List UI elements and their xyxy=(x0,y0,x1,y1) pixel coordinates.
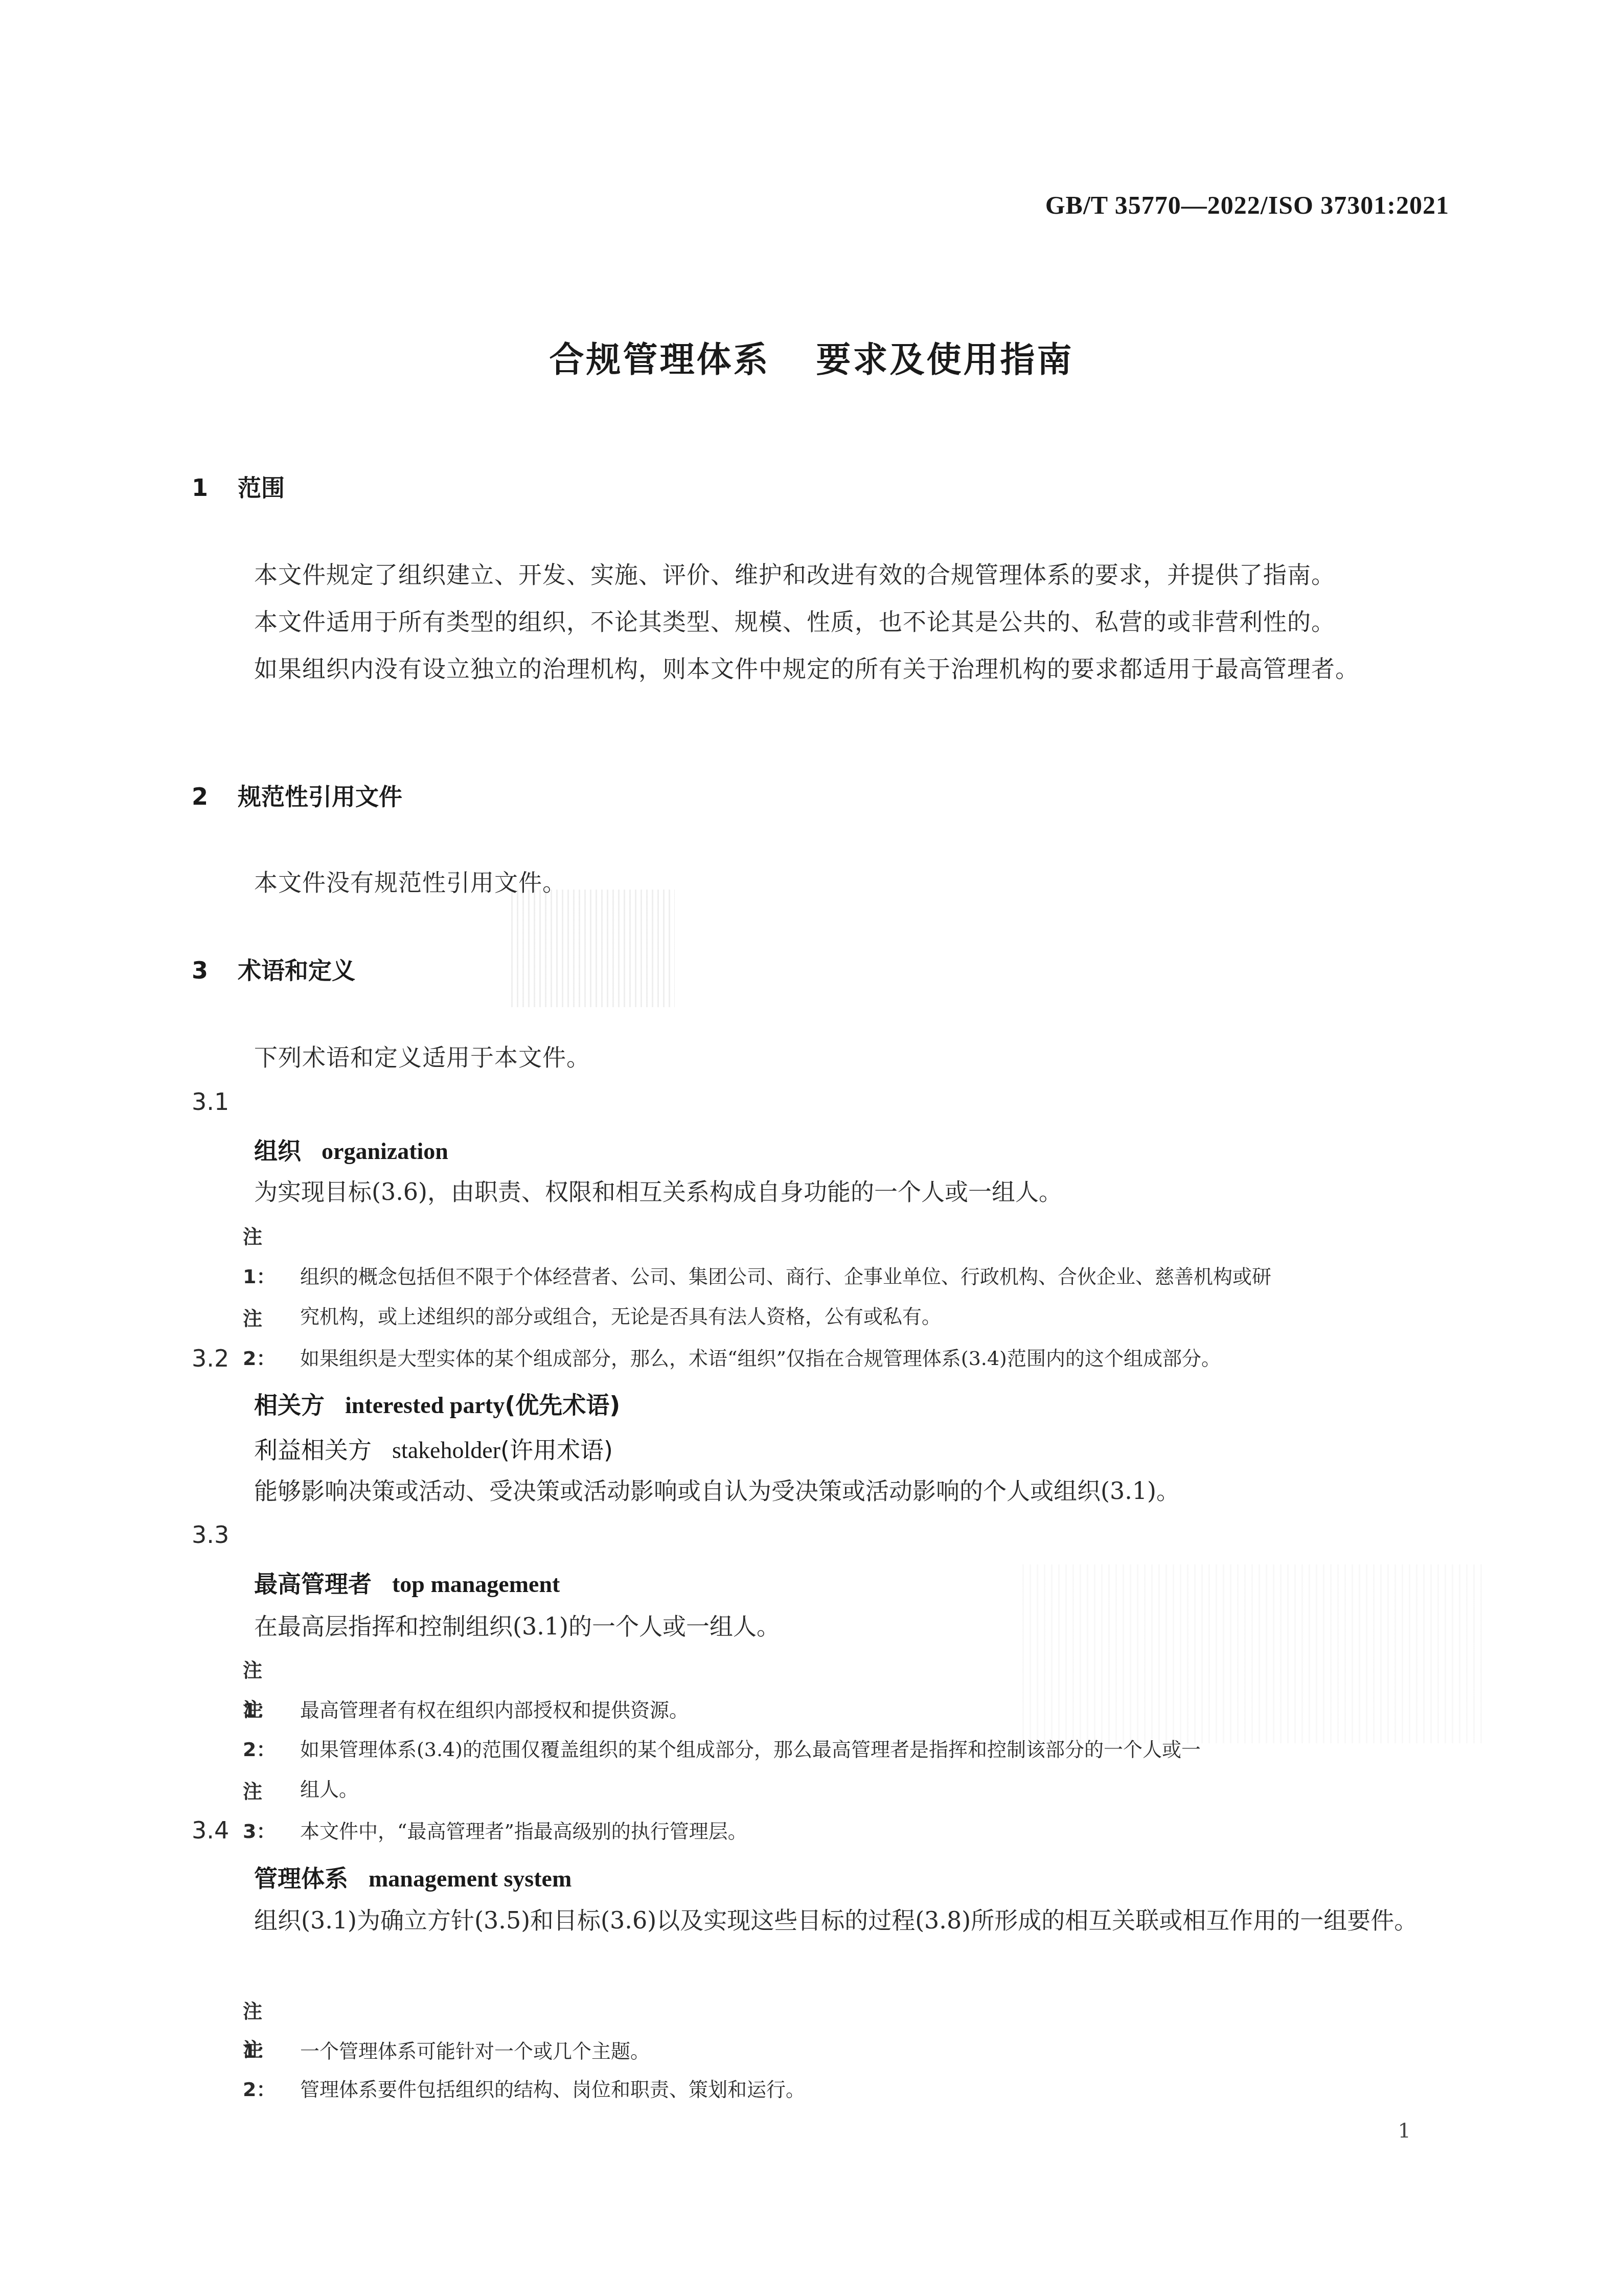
note-text: 管理体系要件包括组织的结构、岗位和职责、策划和运行。 xyxy=(300,2078,805,2101)
term-definition: 能够影响决策或活动、受决策或活动影响或自认为受决策或活动影响的个人或组织(3.1… xyxy=(254,1467,1453,1514)
term-number: 3.2 xyxy=(192,1345,229,1372)
term-definition: 为实现目标(3.6)，由职责、权限和相互关系构成自身功能的一个人或一组人。 xyxy=(254,1168,1453,1215)
term-note: 注 3：本文件中，“最高管理者”指最高级别的执行管理层。 xyxy=(243,1771,1452,1851)
note-label: 注 1： xyxy=(243,1217,300,1297)
term-en: interested party xyxy=(345,1392,505,1418)
term-number: 3.4 xyxy=(192,1816,229,1844)
note-text: 如果管理体系(3.4)的范围仅覆盖组织的某个组成部分，那么最高管理者是指挥和控制… xyxy=(300,1738,1201,1761)
term-heading: 组织organization xyxy=(254,1132,448,1166)
note-text: 如果组织是大型实体的某个组成部分，那么，术语“组织”仅指在合规管理体系(3.4)… xyxy=(300,1347,1221,1370)
clause-number: 3 xyxy=(192,957,238,984)
clause-title: 规范性引用文件 xyxy=(238,783,402,810)
note-text: 本文件中，“最高管理者”指最高级别的执行管理层。 xyxy=(300,1820,747,1843)
paragraph: 下列术语和定义适用于本文件。 xyxy=(192,1034,1452,1081)
term-definition: 组织(3.1)为确立方针(3.5)和目标(3.6)以及实现这些目标的过程(3.8… xyxy=(192,1897,1452,1944)
term-status: (优先术语) xyxy=(505,1391,620,1419)
note-label: 注 2： xyxy=(243,1690,300,1769)
term-en: top management xyxy=(392,1571,560,1597)
term-heading: 相关方interested party(优先术语) xyxy=(254,1386,620,1420)
note-label: 注 2： xyxy=(243,1299,300,1378)
title-part-2: 要求及使用指南 xyxy=(816,340,1074,380)
title-part-1: 合规管理体系 xyxy=(549,340,770,380)
term-zh: 相关方 xyxy=(254,1391,325,1419)
term-number: 3.1 xyxy=(192,1088,229,1116)
clause-3-heading: 3术语和定义 xyxy=(192,952,355,986)
clause-number: 2 xyxy=(192,783,238,810)
faint-watermark xyxy=(511,890,675,1007)
term-en: management system xyxy=(369,1866,572,1892)
term-admitted: 利益相关方stakeholder(许用术语) xyxy=(254,1431,613,1465)
paragraph: 本文件没有规范性引用文件。 xyxy=(192,859,1452,906)
document-page: GB/T 35770—2022/ISO 37301:2021 合规管理体系要求及… xyxy=(0,0,1623,2296)
note-text: 组织的概念包括但不限于个体经营者、公司、集团公司、商行、企事业单位、行政机构、合… xyxy=(300,1265,1271,1288)
paragraph: 本文件规定了组织建立、开发、实施、评价、维护和改进有效的合规管理体系的要求，并提… xyxy=(192,551,1452,598)
term-heading: 最高管理者top management xyxy=(254,1565,560,1599)
term-zh: 利益相关方 xyxy=(254,1436,372,1464)
term-en: organization xyxy=(322,1138,448,1164)
term-heading: 管理体系management system xyxy=(254,1860,572,1894)
page-title: 合规管理体系要求及使用指南 xyxy=(0,332,1623,382)
term-zh: 组织 xyxy=(254,1137,301,1165)
term-zh: 管理体系 xyxy=(254,1865,348,1892)
note-label: 注 2： xyxy=(243,2030,300,2109)
clause-title: 范围 xyxy=(238,474,285,502)
clause-number: 1 xyxy=(192,474,238,502)
term-status: (许用术语) xyxy=(500,1436,613,1464)
clause-2-heading: 2规范性引用文件 xyxy=(192,778,402,812)
paragraph: 本文件适用于所有类型的组织，不论其类型、规模、性质，也不论其是公共的、私营的或非… xyxy=(192,598,1452,645)
standard-code: GB/T 35770—2022/ISO 37301:2021 xyxy=(1045,190,1449,220)
clause-1-heading: 1范围 xyxy=(192,469,285,503)
paragraph: 如果组织内没有设立独立的治理机构，则本文件中规定的所有关于治理机构的要求都适用于… xyxy=(192,645,1452,692)
clause-title: 术语和定义 xyxy=(238,957,355,984)
term-number: 3.3 xyxy=(192,1521,229,1549)
term-en: stakeholder xyxy=(392,1437,500,1463)
term-zh: 最高管理者 xyxy=(254,1570,372,1598)
term-definition: 在最高层指挥和控制组织(3.1)的一个人或一组人。 xyxy=(254,1603,1453,1650)
page-number: 1 xyxy=(1398,2119,1411,2143)
note-label: 注 3： xyxy=(243,1771,300,1851)
term-note: 注 2：管理体系要件包括组织的结构、岗位和职责、策划和运行。 xyxy=(243,2030,1452,2109)
term-note: 注 2：如果组织是大型实体的某个组成部分，那么，术语“组织”仅指在合规管理体系(… xyxy=(243,1299,1452,1378)
